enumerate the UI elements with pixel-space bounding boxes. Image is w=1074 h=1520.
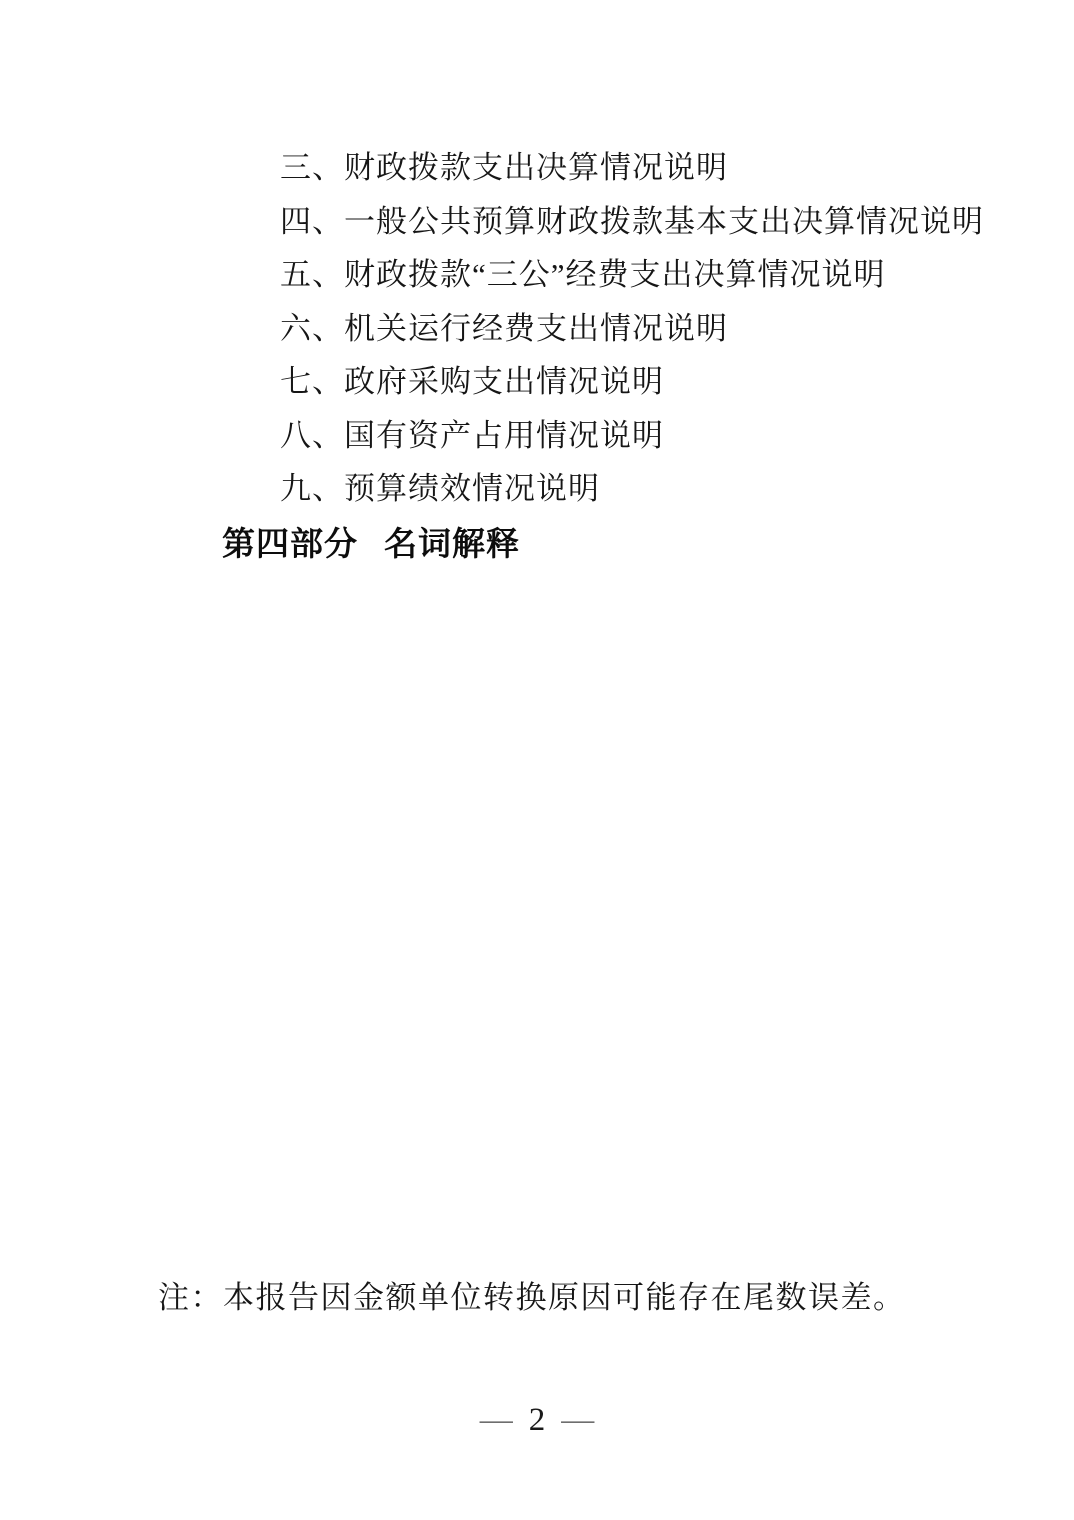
footnote: 注：本报告因金额单位转换原因可能存在尾数误差。 bbox=[158, 1278, 906, 1318]
page-number: 2 bbox=[529, 1402, 546, 1438]
toc-item: 六、机关运行经费支出情况说明 bbox=[222, 302, 1014, 356]
section-heading: 第四部分名词解释 bbox=[222, 516, 1014, 572]
footer-dash-right: — bbox=[561, 1402, 594, 1438]
table-of-contents: 三、财政拨款支出决算情况说明 四、一般公共预算财政拨款基本支出决算情况说明 五、… bbox=[222, 141, 1014, 572]
document-page: 三、财政拨款支出决算情况说明 四、一般公共预算财政拨款基本支出决算情况说明 五、… bbox=[0, 0, 1074, 1520]
toc-item: 七、政府采购支出情况说明 bbox=[222, 355, 1014, 409]
toc-item: 五、财政拨款“三公”经费支出决算情况说明 bbox=[222, 248, 1014, 302]
section-title: 名词解释 bbox=[384, 525, 520, 562]
toc-item: 九、预算绩效情况说明 bbox=[222, 462, 1014, 516]
toc-item: 三、财政拨款支出决算情况说明 bbox=[222, 141, 1014, 195]
section-part-label: 第四部分 bbox=[222, 525, 358, 562]
page-footer: —2— bbox=[0, 1398, 1074, 1442]
toc-item: 八、国有资产占用情况说明 bbox=[222, 409, 1014, 463]
footer-dash-left: — bbox=[480, 1402, 513, 1438]
toc-item: 四、一般公共预算财政拨款基本支出决算情况说明 bbox=[222, 195, 1014, 249]
